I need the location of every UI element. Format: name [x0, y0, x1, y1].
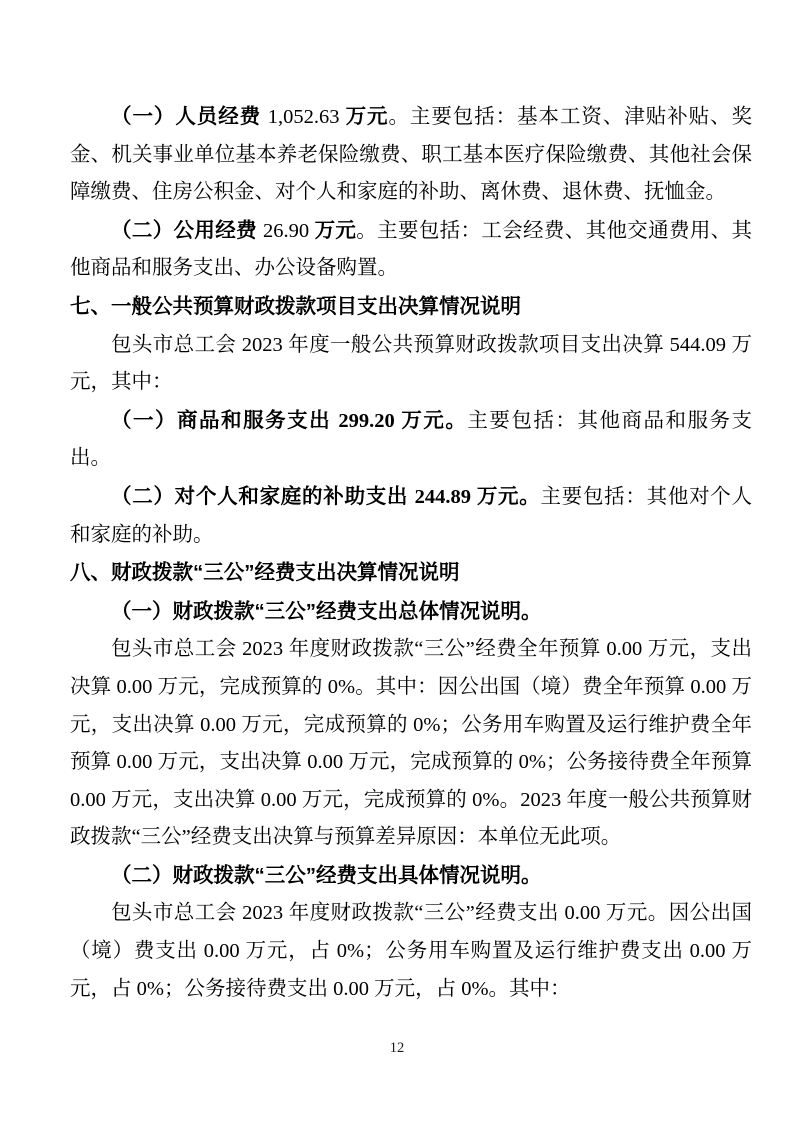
para-individual-family-subsidy-text: 244.89	[415, 486, 477, 508]
heading-section-8: 八、财政拨款“三公”经费支出决算情况说明	[70, 554, 752, 593]
para-personnel-expense: （一）人员经费 1,052.63 万元。主要包括：基本工资、津贴补贴、奖金、机关…	[70, 98, 752, 212]
para-sangong-overall-detail-text: 包头市总工会 2023 年度财政拨款“三公”经费全年预算 0.00 万元，支出决…	[70, 638, 752, 848]
para-goods-services-expense: （一）商品和服务支出 299.20 万元。主要包括：其他商品和服务支出。	[70, 402, 752, 478]
para-individual-family-subsidy: （二）对个人和家庭的补助支出 244.89 万元。主要包括：其他对个人和家庭的补…	[70, 478, 752, 554]
para-sangong-overall-title: （一）财政拨款“三公”经费支出总体情况说明。	[70, 593, 752, 632]
para-goods-services-expense-text: （一）商品和服务支出	[111, 409, 338, 432]
para-project-expense-total: 包头市总工会 2023 年度一般公共预算财政拨款项目支出决算 544.09 万元…	[70, 327, 752, 402]
page-number: 12	[0, 1038, 794, 1058]
para-goods-services-expense-text: 万元。	[401, 409, 467, 432]
heading-section-7: 七、一般公共预算财政拨款项目支出决算情况说明	[70, 288, 752, 327]
para-sangong-specific-title-text: （二）财政拨款“三公”经费支出具体情况说明。	[111, 864, 542, 887]
para-personnel-expense-text: 1,052.63	[268, 106, 346, 128]
para-individual-family-subsidy-text: 万元。	[477, 485, 541, 508]
para-project-expense-total-text: 包头市总工会 2023 年度一般公共预算财政拨款项目支出决算 544.09 万元…	[70, 334, 752, 394]
para-goods-services-expense-text: 299.20	[338, 410, 401, 432]
para-public-expense-text: 万元	[315, 219, 357, 242]
para-sangong-overall-detail: 包头市总工会 2023 年度财政拨款“三公”经费全年预算 0.00 万元，支出决…	[70, 631, 752, 857]
para-personnel-expense-text: （一）人员经费	[111, 105, 268, 128]
para-sangong-specific-detail: 包头市总工会 2023 年度财政拨款“三公”经费支出 0.00 万元。因公出国（…	[70, 895, 752, 1008]
document-body: （一）人员经费 1,052.63 万元。主要包括：基本工资、津贴补贴、奖金、机关…	[70, 98, 752, 1008]
para-public-expense-text: 26.90	[263, 220, 315, 242]
para-public-expense: （二）公用经费 26.90 万元。主要包括：工会经费、其他交通费用、其他商品和服…	[70, 212, 752, 288]
document-page: （一）人员经费 1,052.63 万元。主要包括：基本工资、津贴补贴、奖金、机关…	[0, 0, 794, 1123]
para-public-expense-text: （二）公用经费	[111, 219, 263, 242]
para-sangong-specific-detail-text: 包头市总工会 2023 年度财政拨款“三公”经费支出 0.00 万元。因公出国（…	[70, 902, 752, 999]
para-individual-family-subsidy-text: （二）对个人和家庭的补助支出	[111, 485, 415, 508]
para-sangong-specific-title: （二）财政拨款“三公”经费支出具体情况说明。	[70, 857, 752, 896]
heading-section-8-text: 八、财政拨款“三公”经费支出决算情况说明	[70, 561, 460, 584]
heading-section-7-text: 七、一般公共预算财政拨款项目支出决算情况说明	[70, 295, 521, 318]
para-personnel-expense-text: 万元	[346, 105, 389, 128]
para-sangong-overall-title-text: （一）财政拨款“三公”经费支出总体情况说明。	[111, 600, 542, 623]
